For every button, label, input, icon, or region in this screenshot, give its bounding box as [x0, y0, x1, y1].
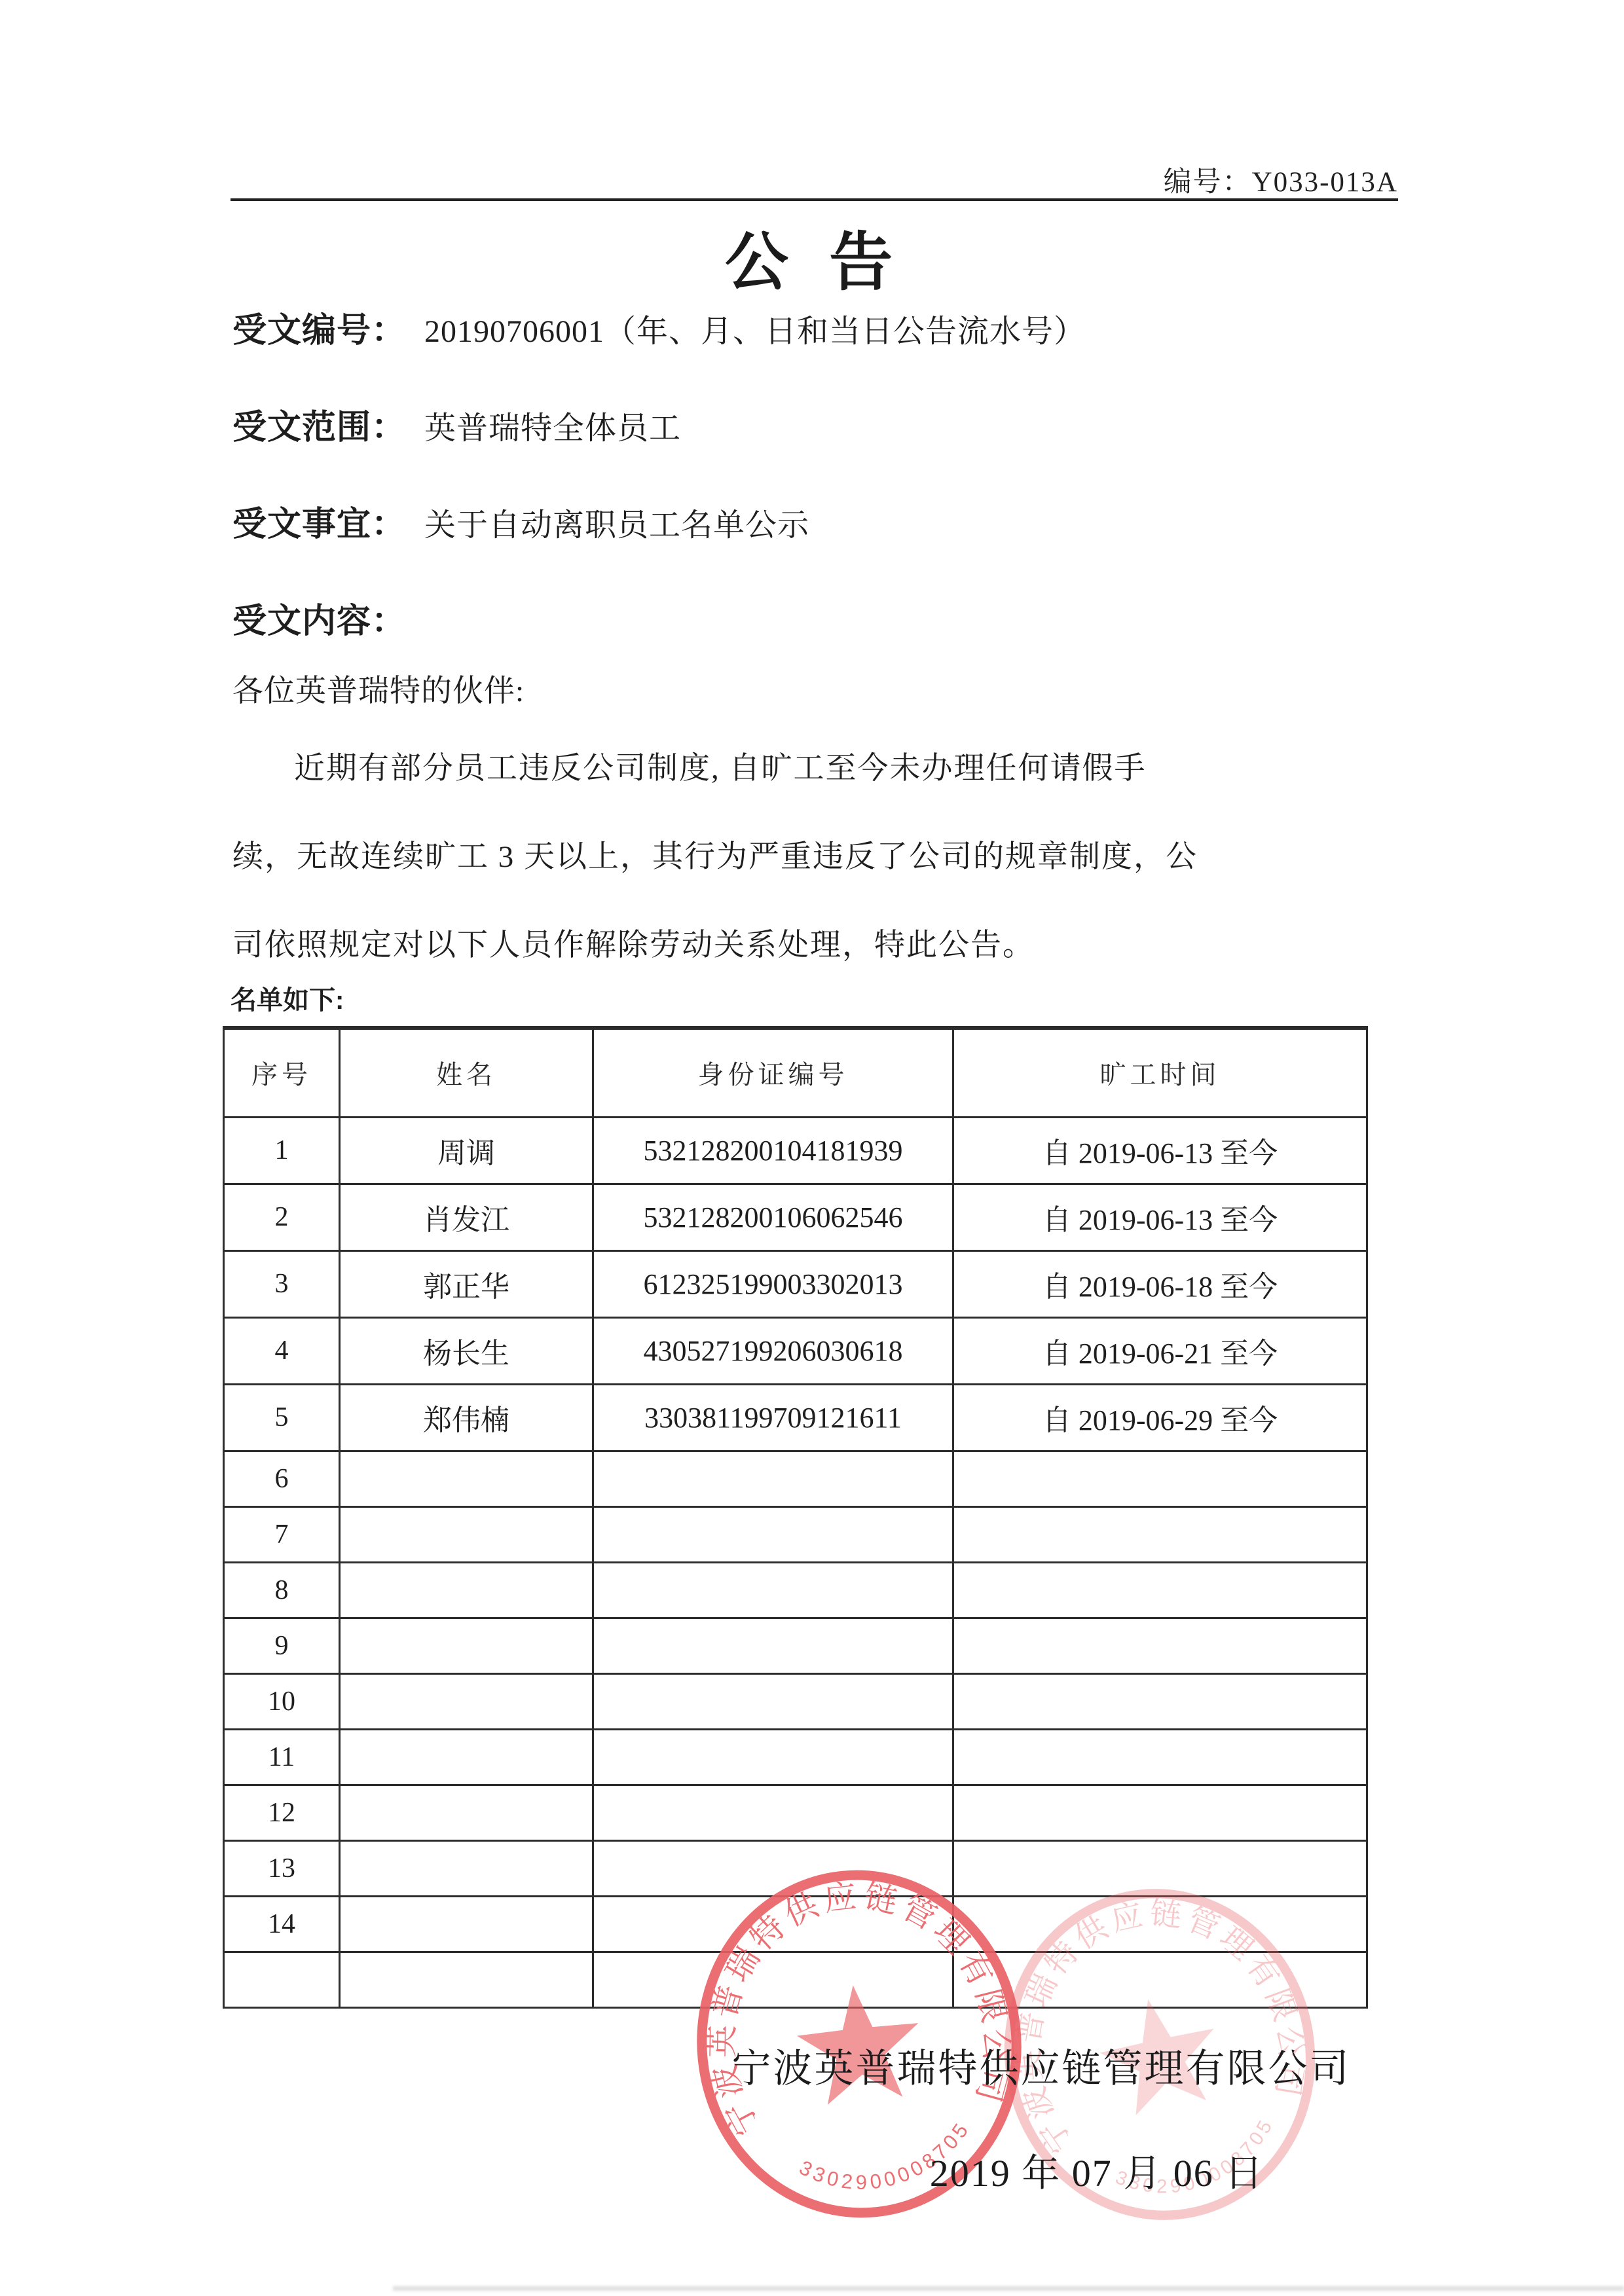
- cell-name: [340, 1785, 593, 1840]
- field-subject-label: 受文事宜：: [232, 505, 406, 543]
- cell-period: [953, 1618, 1367, 1673]
- cell-no: 5: [224, 1384, 340, 1451]
- greeting: 各位英普瑞特的伙伴:: [232, 666, 525, 710]
- field-scope-value: 英普瑞特全体员工: [424, 411, 681, 446]
- cell-no: 10: [224, 1673, 340, 1729]
- field-content: 受文内容：: [232, 593, 1405, 642]
- absentee-table: 序号姓名身份证编号旷工时间 1周调532128200104181939自 201…: [223, 1026, 1368, 2009]
- doc-number: 编号：Y033-013A: [231, 160, 1398, 200]
- cell-id_number: [593, 1729, 953, 1785]
- field-doc-ref-value: 20190706001（年、月、日和当日公告流水号）: [424, 314, 1086, 349]
- cell-name: [340, 1729, 593, 1785]
- table-row: 13: [224, 1840, 1367, 1896]
- table-row: 6: [224, 1451, 1367, 1506]
- cell-name: [340, 1952, 593, 2007]
- cell-name: [340, 1896, 593, 1952]
- cell-period: [953, 1506, 1367, 1562]
- cell-period: 自 2019-06-29 至今: [953, 1384, 1367, 1451]
- cell-name: 郑伟楠: [340, 1384, 593, 1451]
- cell-period: [953, 1896, 1367, 1952]
- cell-period: [953, 1785, 1367, 1840]
- signature-company-name: 宁波英普瑞特供应链管理有限公司: [714, 2037, 1369, 2094]
- table-row: 8: [224, 1562, 1367, 1618]
- cell-no: 2: [224, 1184, 340, 1250]
- table-row: 1周调532128200104181939自 2019-06-13 至今: [224, 1117, 1367, 1184]
- doc-number-label: 编号：: [1164, 167, 1252, 198]
- scanned-announcement-page: { "doc_number": { "label": "编号：", "value…: [0, 0, 1624, 2296]
- cell-no: 11: [224, 1729, 340, 1785]
- header-rule: [231, 198, 1398, 201]
- column-header: 序号: [224, 1028, 340, 1117]
- cell-name: [340, 1451, 593, 1506]
- cell-id_number: 532128200104181939: [593, 1117, 953, 1184]
- cell-name: 杨长生: [340, 1317, 593, 1384]
- field-scope-label: 受文范围：: [232, 409, 406, 446]
- doc-number-value: Y033-013A: [1252, 167, 1398, 198]
- cell-period: [953, 1952, 1367, 2007]
- cell-no: 12: [224, 1785, 340, 1840]
- cell-id_number: [593, 1506, 953, 1562]
- cell-name: 郭正华: [340, 1250, 593, 1317]
- table-header-row: 序号姓名身份证编号旷工时间: [224, 1028, 1367, 1117]
- column-header: 身份证编号: [593, 1028, 953, 1117]
- cell-name: [340, 1562, 593, 1618]
- cell-name: 周调: [340, 1117, 593, 1184]
- cell-name: [340, 1618, 593, 1673]
- table-row: 2肖发江532128200106062546自 2019-06-13 至今: [224, 1184, 1367, 1250]
- cell-period: 自 2019-06-13 至今: [953, 1117, 1367, 1184]
- cell-id_number: 532128200106062546: [593, 1184, 953, 1250]
- cell-name: [340, 1506, 593, 1562]
- table-row: 3郭正华612325199003302013自 2019-06-18 至今: [224, 1250, 1367, 1317]
- field-subject: 受文事宜：关于自动离职员工名单公示: [232, 496, 1405, 545]
- cell-period: [953, 1673, 1367, 1729]
- cell-id_number: [593, 1785, 953, 1840]
- cell-period: [953, 1562, 1367, 1618]
- table-body: 1周调532128200104181939自 2019-06-13 至今2肖发江…: [224, 1117, 1367, 2007]
- cell-no: 1: [224, 1117, 340, 1184]
- cell-no: 9: [224, 1618, 340, 1673]
- cell-period: [953, 1451, 1367, 1506]
- cell-id_number: [593, 1618, 953, 1673]
- body-paragraph-line: 近期有部分员工违反公司制度, 自旷工至今未办理任何请假手: [232, 744, 1405, 788]
- column-header: 旷工时间: [953, 1028, 1367, 1117]
- cell-no: [224, 1952, 340, 2007]
- cell-id_number: [593, 1673, 953, 1729]
- signature-date: 2019 年 07 月 06 日: [900, 2142, 1293, 2197]
- cell-id_number: 330381199709121611: [593, 1384, 953, 1451]
- cell-period: 自 2019-06-18 至今: [953, 1250, 1367, 1317]
- cell-period: [953, 1729, 1367, 1785]
- cell-id_number: [593, 1562, 953, 1618]
- field-doc-ref: 受文编号：20190706001（年、月、日和当日公告流水号）: [232, 302, 1405, 352]
- table-row: [224, 1952, 1367, 2007]
- table-row: 12: [224, 1785, 1367, 1840]
- cell-period: [953, 1840, 1367, 1896]
- cell-no: 7: [224, 1506, 340, 1562]
- cell-period: 自 2019-06-21 至今: [953, 1317, 1367, 1384]
- cell-id_number: [593, 1952, 953, 2007]
- page-title: 公 告: [0, 211, 1617, 302]
- field-content-label: 受文内容：: [232, 602, 406, 640]
- cell-id_number: 430527199206030618: [593, 1317, 953, 1384]
- table-row: 11: [224, 1729, 1367, 1785]
- table-row: 14: [224, 1896, 1367, 1952]
- cell-id_number: 612325199003302013: [593, 1250, 953, 1317]
- cell-no: 4: [224, 1317, 340, 1384]
- table-row: 10: [224, 1673, 1367, 1729]
- cell-period: 自 2019-06-13 至今: [953, 1184, 1367, 1250]
- cell-no: 3: [224, 1250, 340, 1317]
- cell-id_number: [593, 1896, 953, 1952]
- cell-id_number: [593, 1451, 953, 1506]
- cell-name: 肖发江: [340, 1184, 593, 1250]
- cell-no: 6: [224, 1451, 340, 1506]
- body-paragraph-line: 续，无故连续旷工 3 天以上，其行为严重违反了公司的规章制度，公: [232, 832, 1405, 876]
- field-subject-value: 关于自动离职员工名单公示: [424, 508, 809, 543]
- table-row: 7: [224, 1506, 1367, 1562]
- cell-id_number: [593, 1840, 953, 1896]
- table-row: 5郑伟楠330381199709121611自 2019-06-29 至今: [224, 1384, 1367, 1451]
- cell-no: 8: [224, 1562, 340, 1618]
- table-row: 9: [224, 1618, 1367, 1673]
- scan-artifact: [393, 2286, 1624, 2291]
- column-header: 姓名: [340, 1028, 593, 1117]
- field-scope: 受文范围：英普瑞特全体员工: [232, 399, 1405, 448]
- cell-no: 14: [224, 1896, 340, 1952]
- cell-name: [340, 1673, 593, 1729]
- body-paragraph-line: 司依照规定对以下人员作解除劳动关系处理，特此公告。: [232, 920, 1405, 964]
- cell-no: 13: [224, 1840, 340, 1896]
- field-doc-ref-label: 受文编号：: [232, 312, 406, 350]
- table-row: 4杨长生430527199206030618自 2019-06-21 至今: [224, 1317, 1367, 1384]
- list-label: 名单如下:: [231, 979, 344, 1017]
- cell-name: [340, 1840, 593, 1896]
